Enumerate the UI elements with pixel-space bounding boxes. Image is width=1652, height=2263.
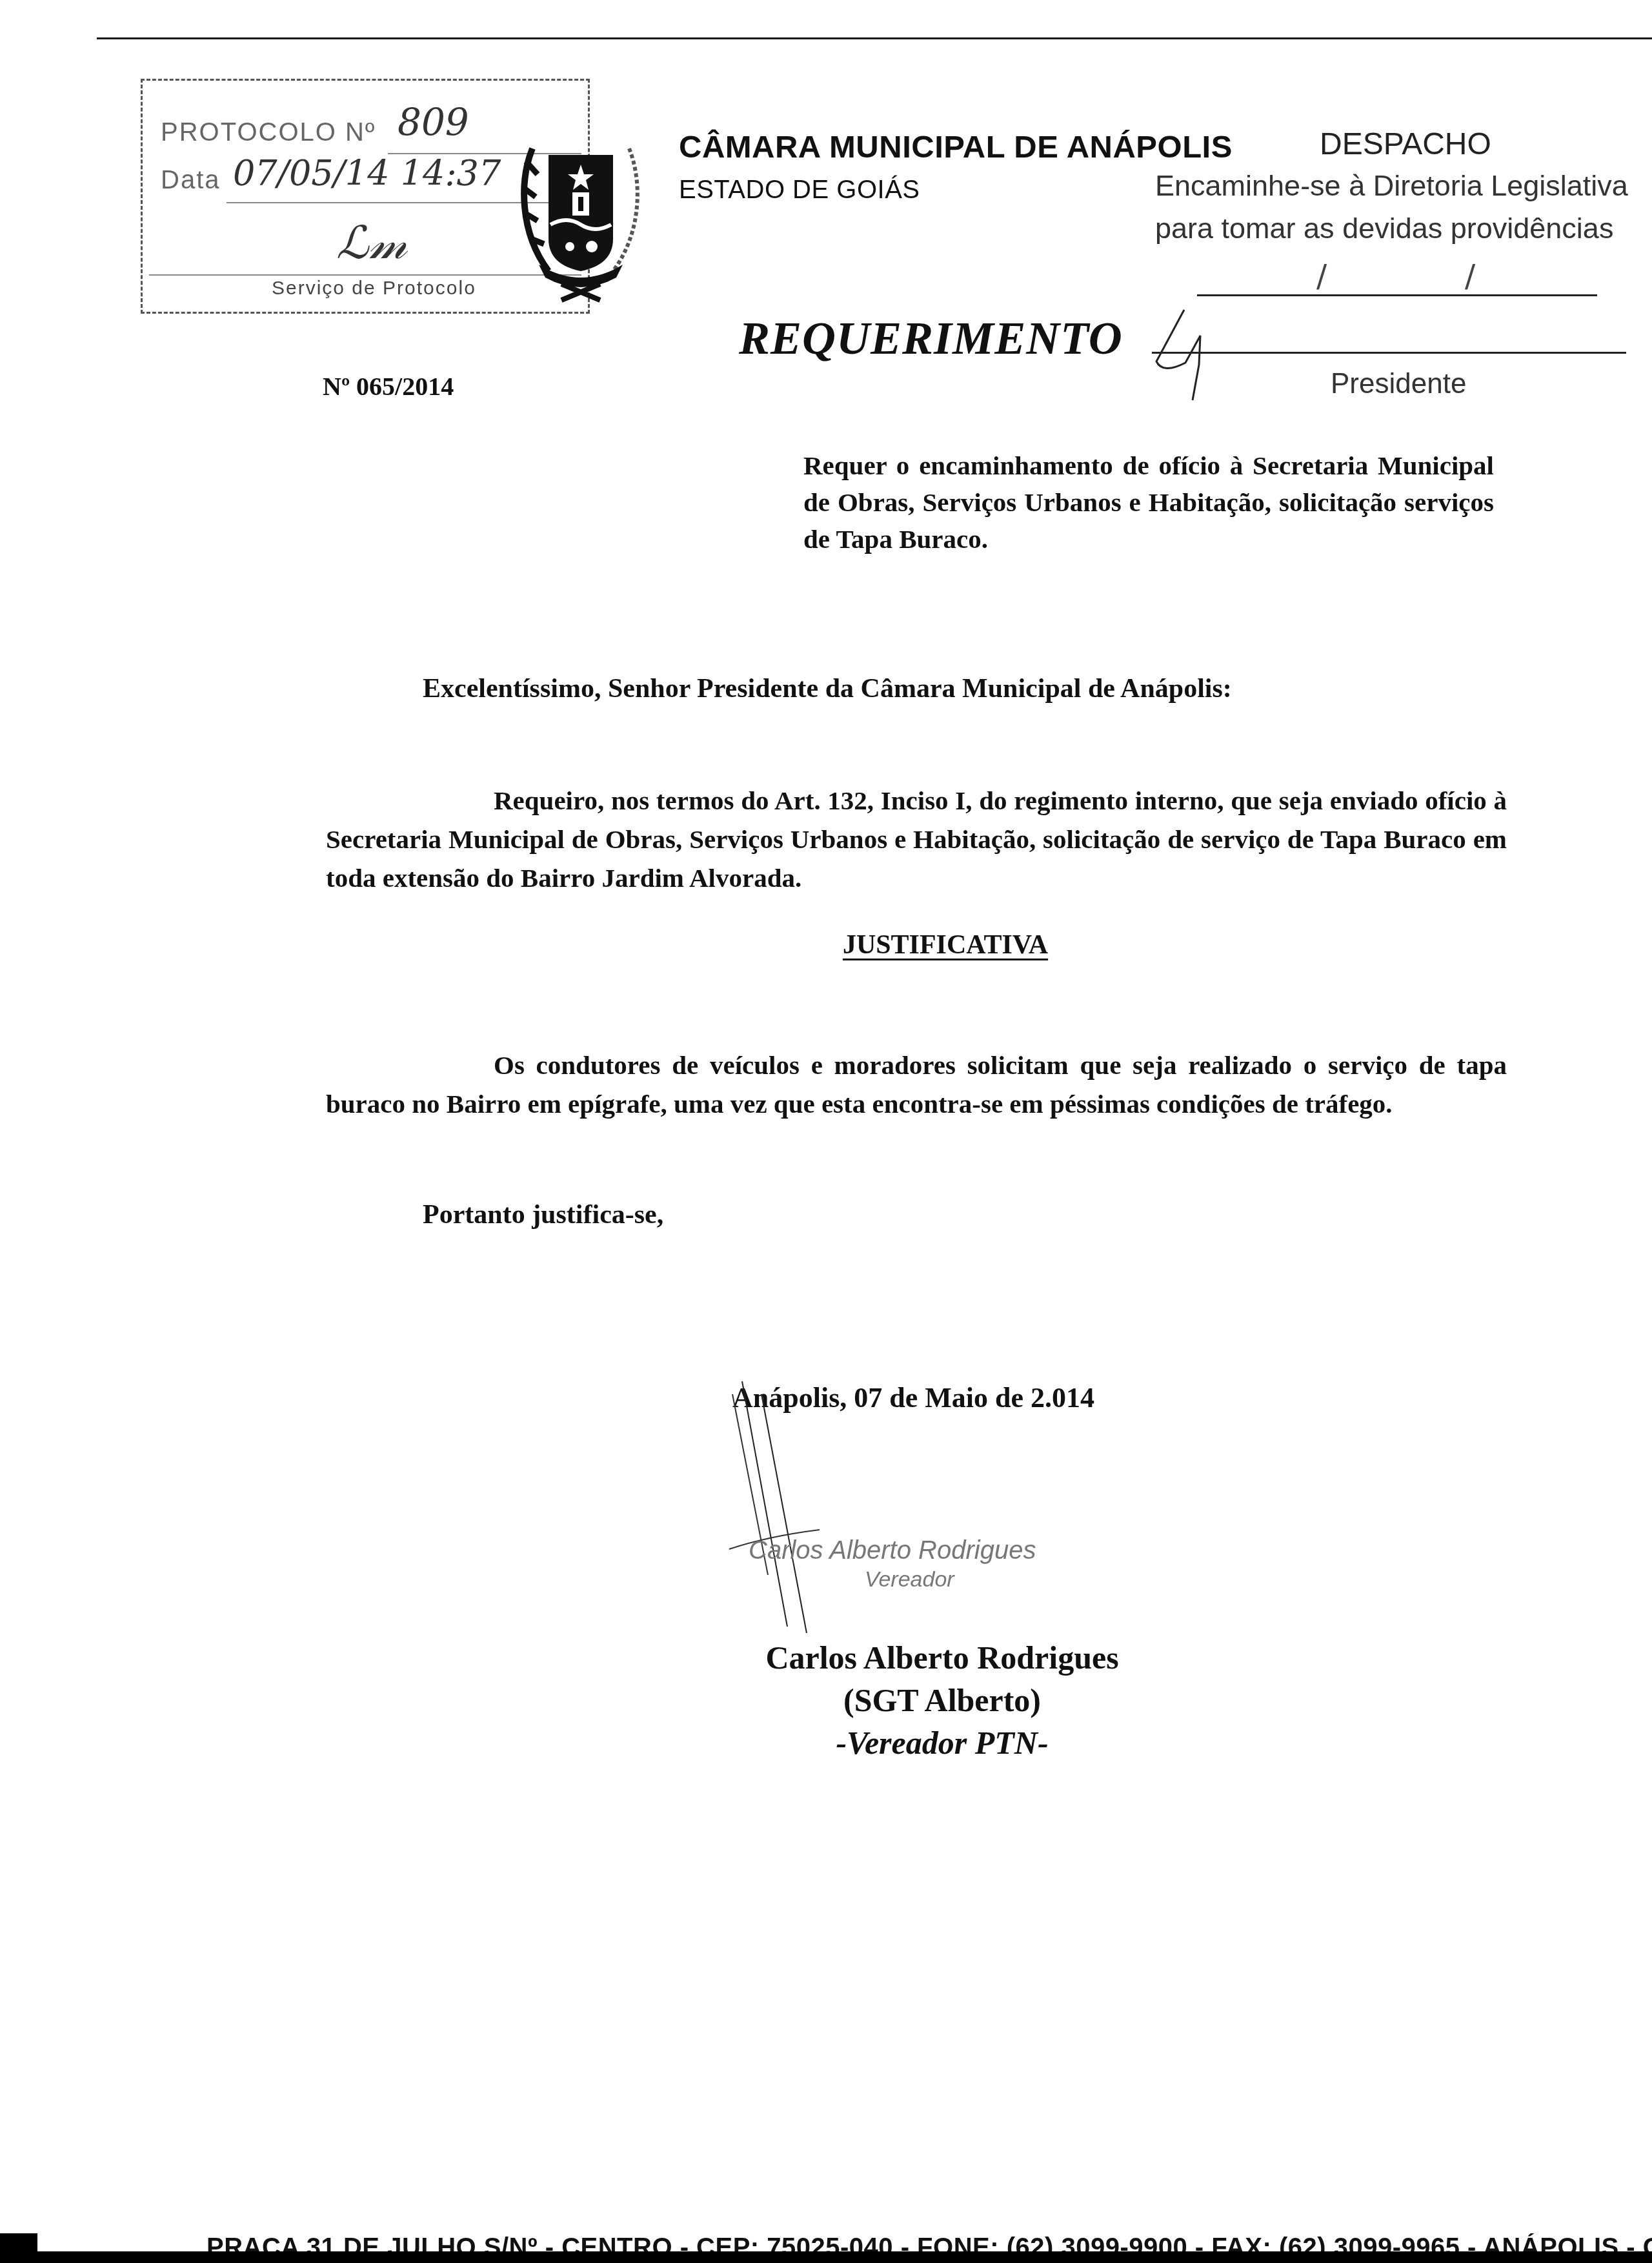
dispatch-date-rule: [1197, 294, 1597, 296]
protocol-footer: Serviço de Protocolo: [272, 278, 476, 299]
state-name: ESTADO DE GOIÁS: [679, 176, 920, 205]
top-rule: [97, 37, 1652, 39]
protocol-initials: ℒ𝓂: [336, 216, 407, 270]
document-number: Nº 065/2014: [323, 371, 454, 401]
institution-name: CÂMARA MUNICIPAL DE ANÁPOLIS: [679, 129, 1233, 165]
justification-body: Os condutores de veículos e moradores so…: [326, 1046, 1507, 1123]
justification-heading: JUSTIFICATIVA: [645, 929, 1245, 960]
footer-bar: [0, 2251, 1652, 2263]
dispatch-line-1: Encaminhe-se à Diretoria Legislativa: [1155, 169, 1628, 203]
document-summary: Requer o encaminhamento de ofício à Secr…: [803, 447, 1494, 558]
signatory-nickname: (SGT Alberto): [697, 1679, 1187, 1721]
dispatch-heading: DESPACHO: [1320, 127, 1491, 162]
document-type: REQUERIMENTO: [739, 312, 1123, 365]
protocol-number: 809: [398, 100, 469, 144]
dispatch-date-separator-2: /: [1465, 258, 1475, 294]
president-signature-icon: [1142, 303, 1245, 407]
footer: PRAÇA 31 DE JULHO S/Nº - CENTRO - CEP: 7…: [0, 2233, 1652, 2263]
handwritten-signature-icon: [710, 1381, 1162, 1639]
protocol-label: PROTOCOLO Nº: [161, 118, 376, 147]
signature-stamp-title: Vereador: [865, 1567, 954, 1592]
signatory-block: Carlos Alberto Rodrigues (SGT Alberto) -…: [697, 1636, 1187, 1764]
signatory-name: Carlos Alberto Rodrigues: [697, 1636, 1187, 1679]
justification-heading-text: JUSTIFICATIVA: [843, 930, 1048, 960]
protocol-date-value: 07/05/14 14:37: [233, 153, 501, 194]
closing: Portanto justifica-se,: [423, 1199, 663, 1230]
dispatch-signature-rule: [1152, 352, 1626, 354]
dispatch-date-separator-1: /: [1316, 258, 1327, 294]
coat-of-arms-icon: [513, 110, 649, 303]
signatory-role: -Vereador PTN-: [697, 1721, 1187, 1764]
dispatch-signatory: Presidente: [1331, 368, 1466, 400]
signature-stamp-name: Carlos Alberto Rodrigues: [749, 1536, 1036, 1565]
dispatch-line-2: para tomar as devidas providências: [1155, 212, 1613, 245]
request-body: Requeiro, nos termos do Art. 132, Inciso…: [326, 781, 1507, 897]
protocol-date-label: Data: [161, 166, 221, 195]
salutation: Excelentíssimo, Senhor Presidente da Câm…: [423, 673, 1232, 704]
